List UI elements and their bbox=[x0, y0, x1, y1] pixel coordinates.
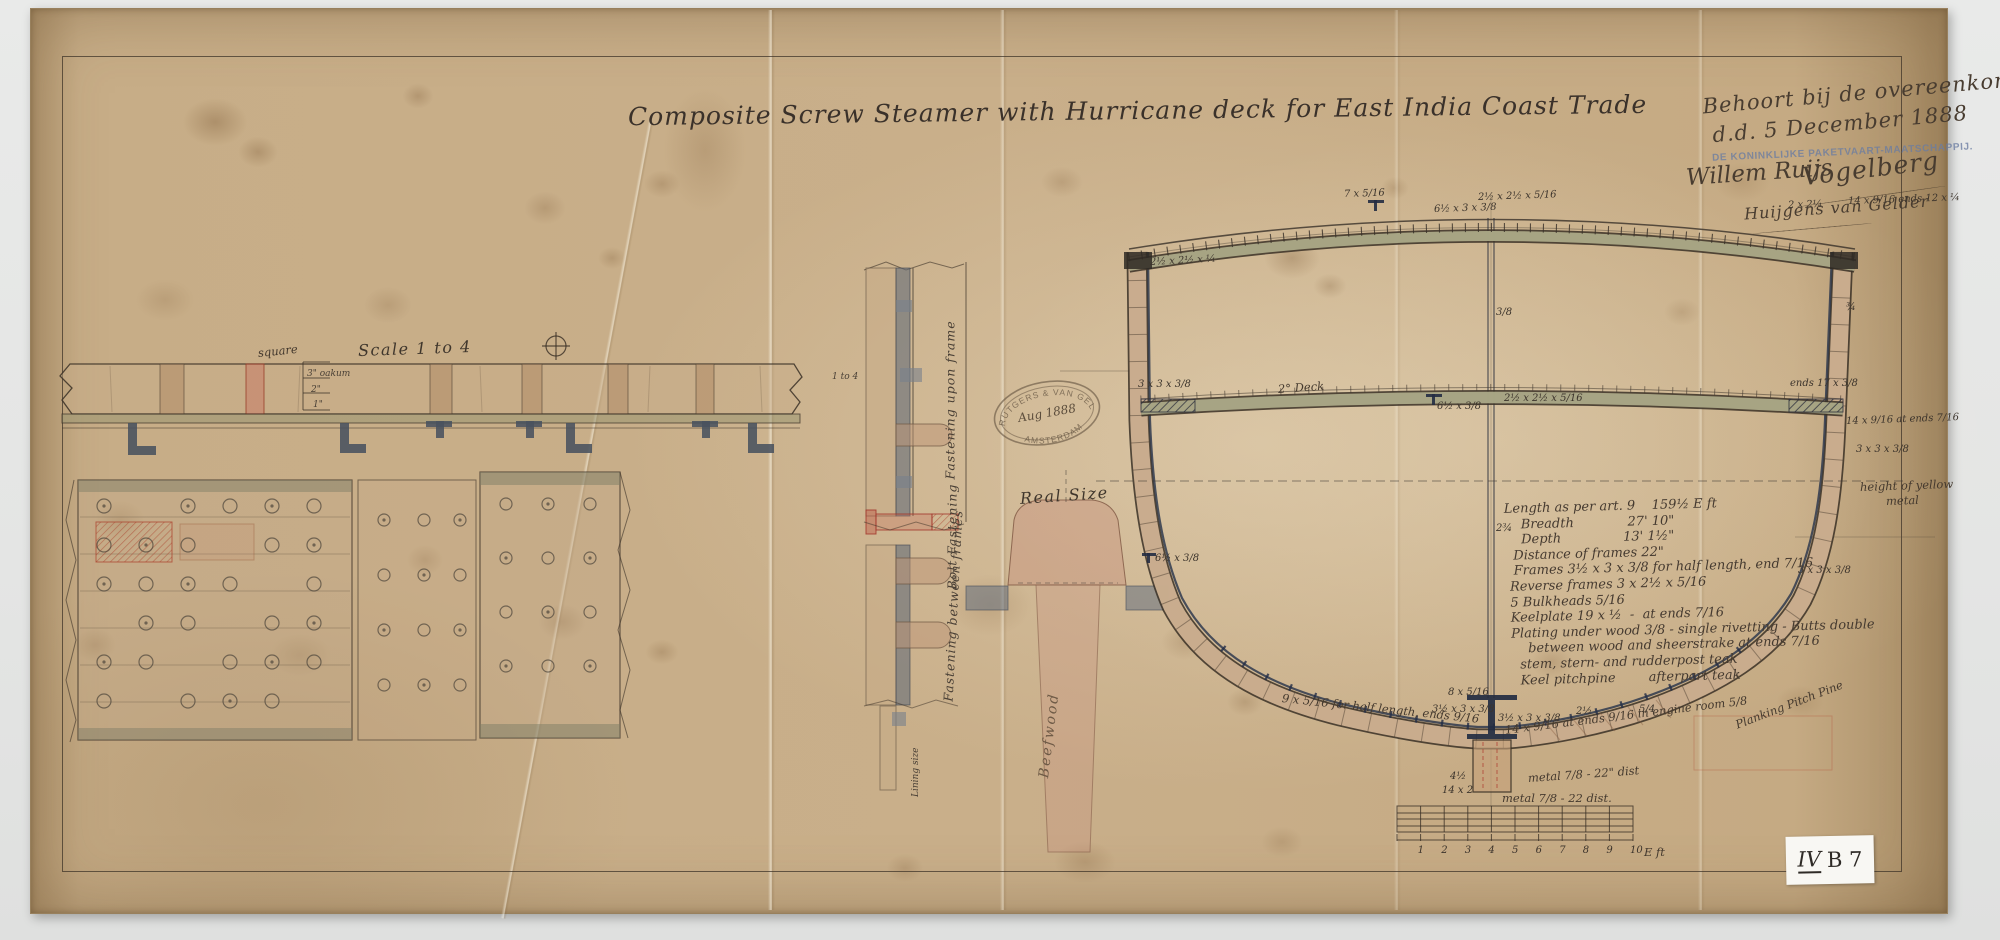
scanned-ship-drawing: Composite Screw Steamer with Hurricane d… bbox=[0, 0, 2000, 940]
archive-label-rest: B 7 bbox=[1827, 847, 1863, 872]
drawn-border-frame bbox=[62, 56, 1902, 872]
archive-label-sticker: IV B 7 bbox=[1786, 835, 1875, 885]
archive-label-roman: IV bbox=[1797, 847, 1821, 873]
